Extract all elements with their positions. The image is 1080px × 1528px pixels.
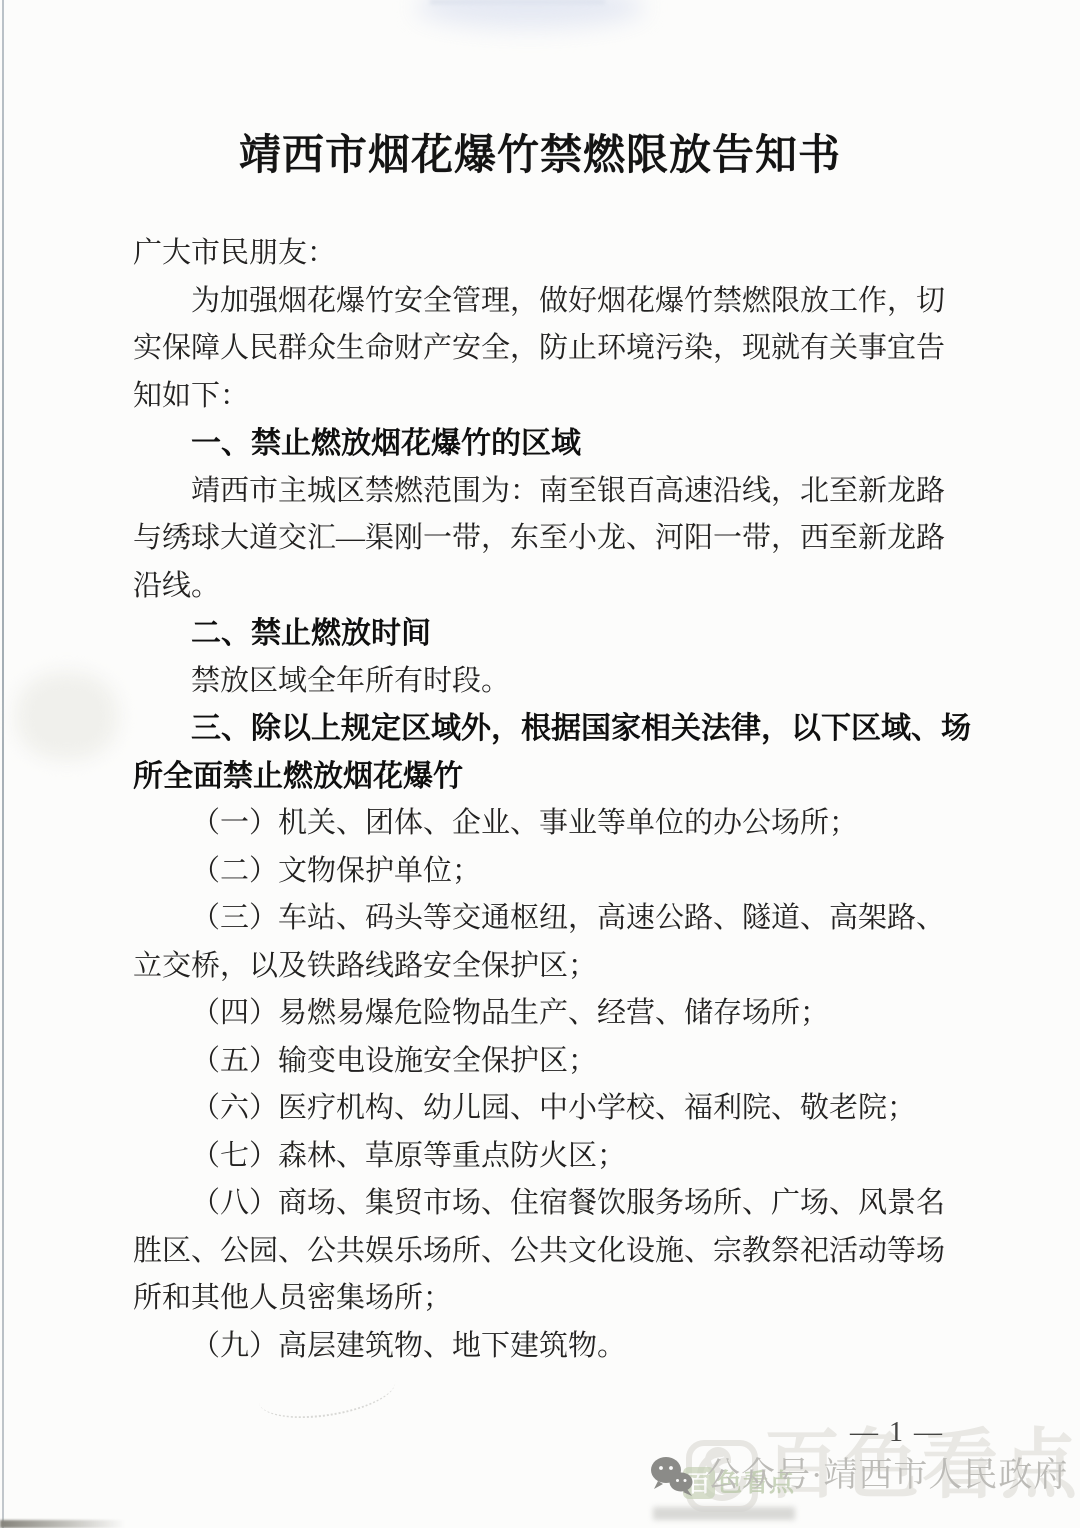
document-line: 与绣球大道交汇—渠刚一带，东至小龙、河阳一带，西至新龙路 — [133, 515, 963, 563]
document-line: 二、禁止燃放时间 — [133, 610, 963, 658]
document-line: （五）输变电设施安全保护区； — [133, 1038, 963, 1086]
wechat-account-label: 公众号·靖西市人民政府 — [706, 1456, 1068, 1495]
scan-artifact-shadow-band — [653, 1507, 795, 1520]
document-body: 广大市民朋友：为加强烟花爆竹安全管理，做好烟花爆竹禁燃限放工作，切实保障人民群众… — [133, 230, 963, 1370]
document-line: （七）森林、草原等重点防火区； — [133, 1133, 963, 1181]
document-line: 三、除以上规定区域外，根据国家相关法律，以下区域、场 — [133, 705, 963, 753]
document-title: 靖西市烟花爆竹禁燃限放告知书 — [0, 130, 1080, 183]
wechat-watermark: 公众号·靖西市人民政府 — [650, 1455, 1068, 1497]
document-line: 靖西市主城区禁燃范围为：南至银百高速沿线，北至新龙路 — [133, 468, 963, 516]
document-line: 广大市民朋友： — [133, 230, 963, 278]
document-line: 知如下： — [133, 373, 963, 421]
document-line: （二）文物保护单位； — [133, 848, 963, 896]
document-line: （八）商场、集贸市场、住宿餐饮服务场所、广场、风景名 — [133, 1180, 963, 1228]
document-line: （一）机关、团体、企业、事业等单位的办公场所； — [133, 800, 963, 848]
document-line: （六）医疗机构、幼儿园、中小学校、福利院、敬老院； — [133, 1085, 963, 1133]
document-line: 所和其他人员密集场所； — [133, 1275, 963, 1323]
page-number: — 1 — — [850, 1417, 944, 1449]
document-line: 禁放区域全年所有时段。 — [133, 658, 963, 706]
document-line: 胜区、公园、公共娱乐场所、公共文化设施、宗教祭祀活动等场 — [133, 1228, 963, 1276]
scan-artifact-corner-shadow — [0, 1520, 125, 1528]
page-left-edge-line — [2, 0, 4, 1528]
document-line: 一、禁止燃放烟花爆竹的区域 — [133, 420, 963, 468]
document-line: 沿线。 — [133, 563, 963, 611]
document-line: （四）易燃易爆危险物品生产、经营、储存场所； — [133, 990, 963, 1038]
document-line: 为加强烟花爆竹安全管理，做好烟花爆竹禁燃限放工作，切 — [133, 278, 963, 326]
document-line: 立交桥，以及铁路线路安全保护区； — [133, 943, 963, 991]
scan-artifact-left-smudge — [16, 672, 118, 760]
document-line: 实保障人民群众生命财产安全，防止环境污染，现就有关事宜告 — [133, 325, 963, 373]
scan-artifact-top-smudge — [415, 0, 645, 28]
document-line: （三）车站、码头等交通枢纽，高速公路、隧道、高架路、 — [133, 895, 963, 943]
document-line: （九）高层建筑物、地下建筑物。 — [133, 1323, 963, 1371]
wechat-icon — [650, 1455, 694, 1497]
document-line: 所全面禁止燃放烟花爆竹 — [133, 753, 963, 801]
scanned-notice-page: 靖西市烟花爆竹禁燃限放告知书 广大市民朋友：为加强烟花爆竹安全管理，做好烟花爆竹… — [0, 0, 1080, 1528]
